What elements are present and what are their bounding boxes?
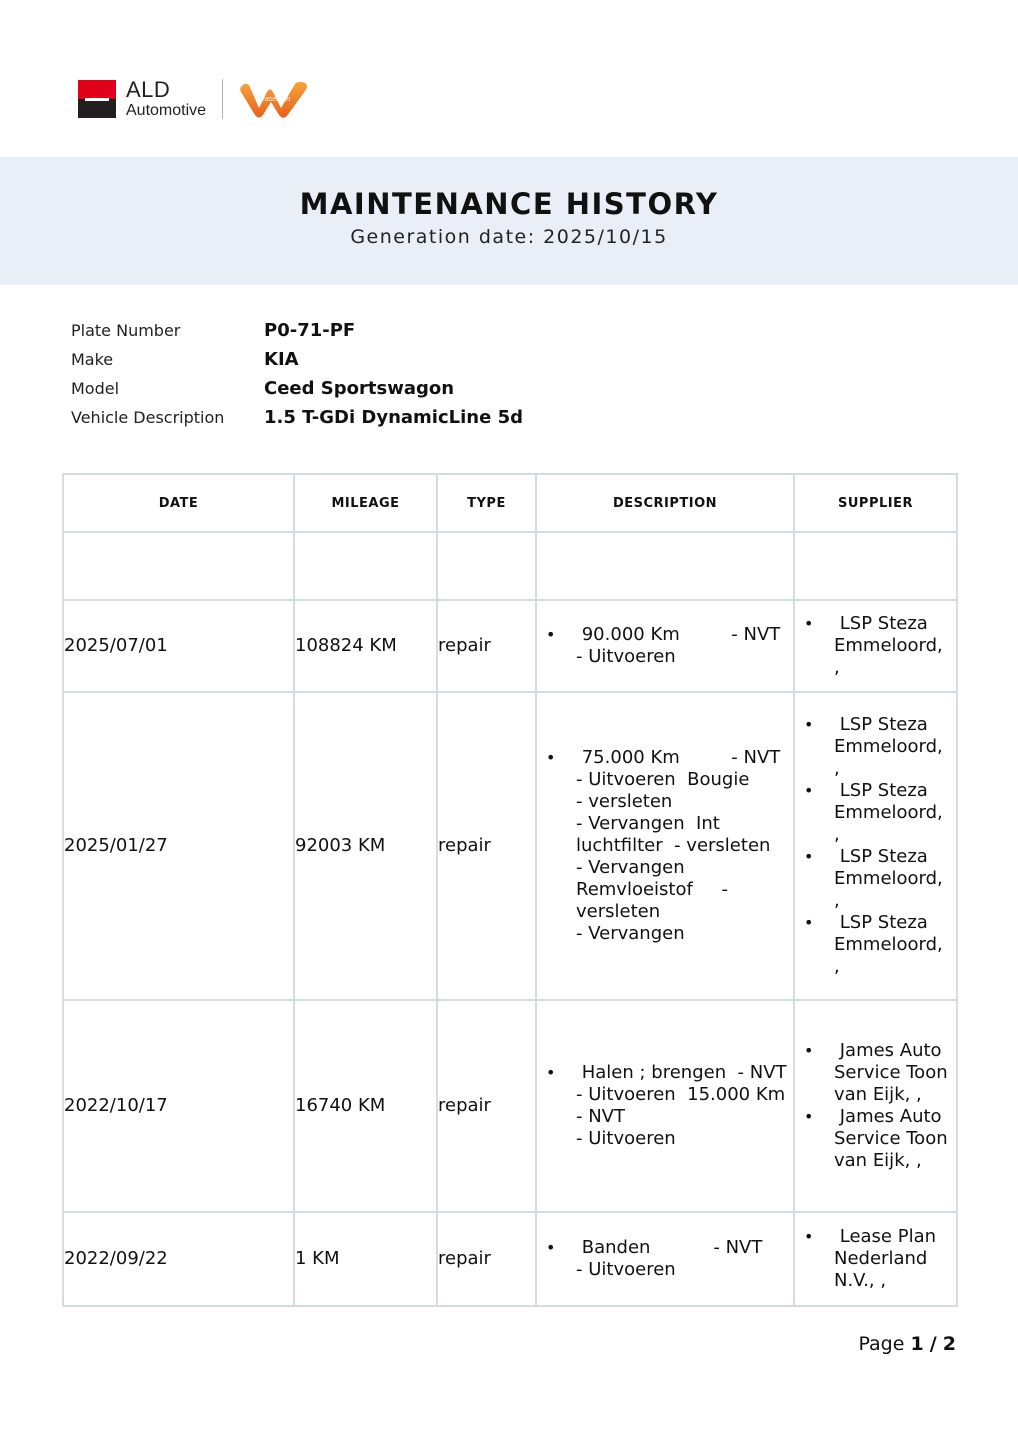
ald-logo-line2: Automotive xyxy=(126,103,206,119)
column-header-description: DESCRIPTION xyxy=(536,474,794,532)
cell-mileage: 16740 KM xyxy=(294,1000,437,1212)
logo-divider xyxy=(222,79,223,119)
make-label: Make xyxy=(71,350,264,369)
vehicle-info: Plate Number P0-71-PF Make KIA Model Cee… xyxy=(71,316,523,432)
table-row: 2025/07/01108824 KMrepair 90.000 Km - NV… xyxy=(63,600,957,692)
supplier-list: LSP Steza Emmeloord, , xyxy=(795,613,956,679)
cell-type: repair xyxy=(437,1000,536,1212)
description-item: Halen ; brengen - NVT - Uitvoeren 15.000… xyxy=(537,1062,787,1150)
description-list: 75.000 Km - NVT - Uitvoeren Bougie - ver… xyxy=(537,747,793,945)
vehicle-info-row-model: Model Ceed Sportswagon xyxy=(71,374,523,403)
cell-type: repair xyxy=(437,692,536,1000)
cell-supplier: LSP Steza Emmeloord, , xyxy=(794,600,957,692)
cell-mileage: 108824 KM xyxy=(294,600,437,692)
cell-date: 2022/09/22 xyxy=(63,1212,294,1306)
current-page: 1 xyxy=(910,1333,923,1355)
table-row: 2022/10/1716740 KMrepair Halen ; brengen… xyxy=(63,1000,957,1212)
cell-description: Banden - NVT - Uitvoeren xyxy=(536,1212,794,1306)
column-header-type: TYPE xyxy=(437,474,536,532)
cell-supplier: LSP Steza Emmeloord, , LSP Steza Emmeloo… xyxy=(794,692,957,1000)
supplier-list: LSP Steza Emmeloord, , LSP Steza Emmeloo… xyxy=(795,714,956,978)
cell-date: 2025/07/01 xyxy=(63,600,294,692)
leaseplan-logo: LeasePlan xyxy=(239,78,311,120)
maintenance-history-table: DATE MILEAGE TYPE DESCRIPTION SUPPLIER 2… xyxy=(62,473,958,1307)
cell-type: repair xyxy=(437,1212,536,1306)
supplier-item: LSP Steza Emmeloord, , xyxy=(795,714,950,780)
table-spacer-row xyxy=(63,532,957,600)
description-item: 90.000 Km - NVT - Uitvoeren xyxy=(537,624,787,668)
supplier-item: James Auto Service Toon van Eijk, , xyxy=(795,1040,950,1106)
total-pages: 2 xyxy=(943,1333,956,1355)
cell-description: Halen ; brengen - NVT - Uitvoeren 15.000… xyxy=(536,1000,794,1212)
supplier-item: LSP Steza Emmeloord, , xyxy=(795,780,950,846)
cell-supplier: James Auto Service Toon van Eijk, , Jame… xyxy=(794,1000,957,1212)
vehicle-description-value: 1.5 T-GDi DynamicLine 5d xyxy=(264,407,523,428)
header-logos: ALD Automotive LeasePlan xyxy=(78,78,311,120)
cell-supplier: Lease Plan Nederland N.V., , xyxy=(794,1212,957,1306)
generation-date: Generation date: 2025/10/15 xyxy=(0,226,1018,248)
cell-description: 90.000 Km - NVT - Uitvoeren xyxy=(536,600,794,692)
cell-date: 2022/10/17 xyxy=(63,1000,294,1212)
page-indicator: Page 1 / 2 xyxy=(858,1333,956,1355)
cell-date: 2025/01/27 xyxy=(63,692,294,1000)
vehicle-info-row-description: Vehicle Description 1.5 T-GDi DynamicLin… xyxy=(71,403,523,432)
vehicle-info-row-make: Make KIA xyxy=(71,345,523,374)
table-body: 2025/07/01108824 KMrepair 90.000 Km - NV… xyxy=(63,532,957,1306)
column-header-date: DATE xyxy=(63,474,294,532)
description-list: 90.000 Km - NVT - Uitvoeren xyxy=(537,624,793,668)
vehicle-description-label: Vehicle Description xyxy=(71,408,264,427)
supplier-item: Lease Plan Nederland N.V., , xyxy=(795,1226,950,1292)
make-value: KIA xyxy=(264,349,299,370)
description-item: Banden - NVT - Uitvoeren xyxy=(537,1237,787,1281)
leaseplan-logo-text: LeasePlan xyxy=(257,96,290,103)
page-title: MAINTENANCE HISTORY xyxy=(0,187,1018,221)
ald-logo-text: ALD Automotive xyxy=(126,79,206,119)
supplier-item: LSP Steza Emmeloord, , xyxy=(795,912,950,978)
plate-number-label: Plate Number xyxy=(71,321,264,340)
table-row: 2022/09/221 KMrepair Banden - NVT - Uitv… xyxy=(63,1212,957,1306)
cell-mileage: 1 KM xyxy=(294,1212,437,1306)
cell-type: repair xyxy=(437,600,536,692)
page-label: Page xyxy=(858,1333,904,1355)
generation-date-value: 2025/10/15 xyxy=(543,226,668,248)
table-row: 2025/01/2792003 KMrepair 75.000 Km - NVT… xyxy=(63,692,957,1000)
supplier-item: James Auto Service Toon van Eijk, , xyxy=(795,1106,950,1172)
supplier-item: LSP Steza Emmeloord, , xyxy=(795,613,950,679)
ald-logo-line1: ALD xyxy=(126,79,206,101)
cell-description: 75.000 Km - NVT - Uitvoeren Bougie - ver… xyxy=(536,692,794,1000)
plate-number-value: P0-71-PF xyxy=(264,320,355,341)
description-list: Banden - NVT - Uitvoeren xyxy=(537,1237,793,1281)
page-separator: / xyxy=(930,1333,937,1355)
description-item: 75.000 Km - NVT - Uitvoeren Bougie - ver… xyxy=(537,747,787,945)
cell-mileage: 92003 KM xyxy=(294,692,437,1000)
supplier-list: James Auto Service Toon van Eijk, , Jame… xyxy=(795,1040,956,1172)
title-band: MAINTENANCE HISTORY Generation date: 202… xyxy=(0,157,1018,285)
column-header-mileage: MILEAGE xyxy=(294,474,437,532)
supplier-item: LSP Steza Emmeloord, , xyxy=(795,846,950,912)
table-header-row: DATE MILEAGE TYPE DESCRIPTION SUPPLIER xyxy=(63,474,957,532)
description-list: Halen ; brengen - NVT - Uitvoeren 15.000… xyxy=(537,1062,793,1150)
vehicle-info-row-plate: Plate Number P0-71-PF xyxy=(71,316,523,345)
supplier-list: Lease Plan Nederland N.V., , xyxy=(795,1226,956,1292)
model-value: Ceed Sportswagon xyxy=(264,378,454,399)
column-header-supplier: SUPPLIER xyxy=(794,474,957,532)
model-label: Model xyxy=(71,379,264,398)
generation-date-label: Generation date: xyxy=(350,226,535,248)
ald-logo-mark xyxy=(78,80,116,118)
